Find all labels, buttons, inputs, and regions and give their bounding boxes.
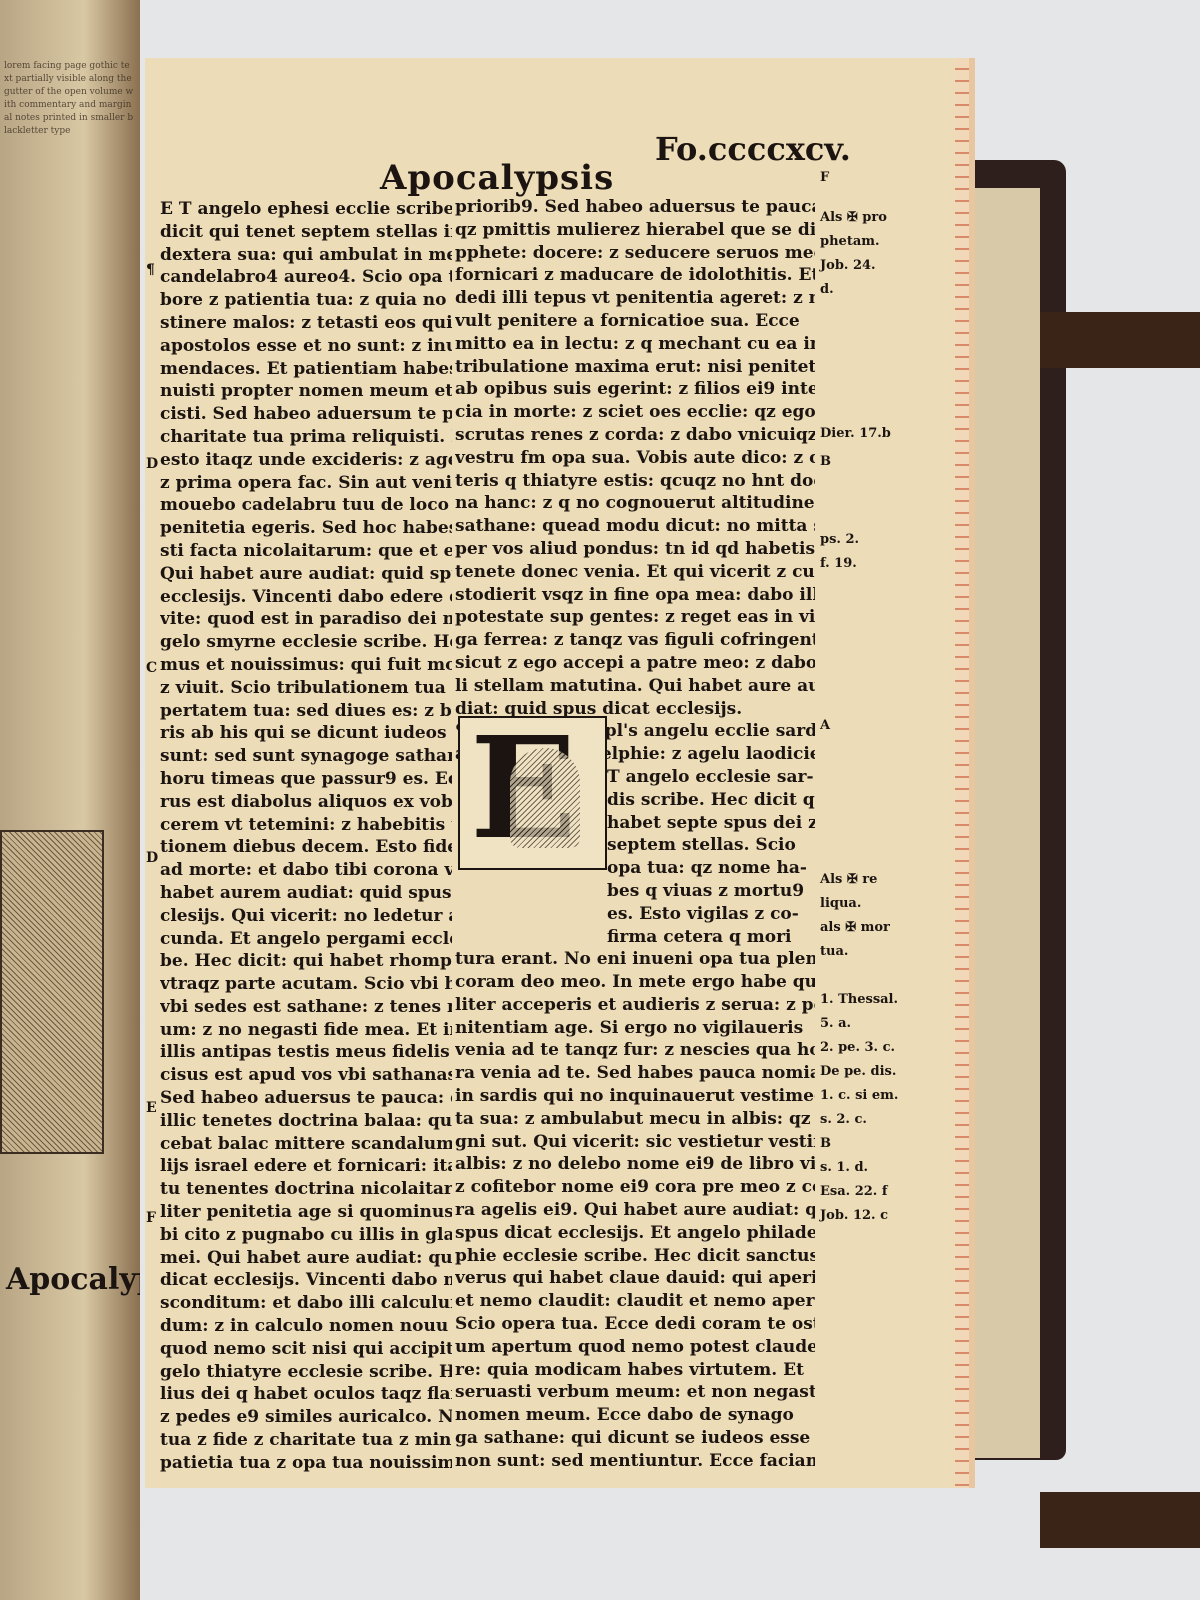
text-line: seruasti verbum meum: et non negasti — [455, 1381, 815, 1404]
text-line: Qui habet aure audiat: quid spus dicat — [160, 563, 452, 586]
marginal-note: 5. a. — [820, 1016, 851, 1031]
text-line: z pedes e9 similes auricalco. Noui opa — [160, 1406, 452, 1429]
text-line: Sed habeo aduersus te pauca: qz habes — [160, 1087, 452, 1110]
marginal-note: als ✠ mor — [820, 920, 890, 935]
text-line: patietia tua z opa tua nouissima plura — [160, 1452, 452, 1475]
text-line: habet aurem audiat: quid spus dicat ec — [160, 882, 452, 905]
text-line: rus est diabolus aliquos ex vobis in car — [160, 791, 452, 814]
marginal-note: Esa. 22. f — [820, 1184, 887, 1199]
text-line: verus qui habet claue dauid: qui aperit — [455, 1267, 815, 1290]
text-line: per vos aliud pondus: tn id qd habetis — [455, 538, 815, 561]
text-line: z cofitebor nome ei9 cora pre meo z co- — [455, 1176, 815, 1199]
text-line: tribulatione maxima erut: nisi penitetia — [455, 356, 815, 379]
text-line: teris q thiatyre estis: qcuqz no hnt doc… — [455, 470, 815, 493]
page-fore-edge — [955, 58, 969, 1488]
marginal-note: A — [820, 718, 830, 733]
marginal-note: s. 1. d. — [820, 1160, 868, 1175]
text-line: fornicari z maducare de idolothitis. Et — [455, 264, 815, 287]
text-column-left: E T angelo ephesi ecclie scribe. Hecdici… — [160, 198, 452, 1475]
leather-strap-top — [1040, 312, 1200, 368]
marginal-note: Als ✠ pro — [820, 210, 887, 225]
text-line: apostolos esse et no sunt: z inuenisti e… — [160, 335, 452, 358]
text-line: in sardis qui no inquinauerut vestime- — [455, 1085, 815, 1108]
text-line: gelo thiatyre ecclesie scribe. Hec dicit… — [160, 1361, 452, 1384]
text-line: penitetia egeris. Sed hoc habes: qz odi- — [160, 517, 452, 540]
text-line: gni sut. Qui vicerit: sic vestietur vest… — [455, 1131, 815, 1154]
running-title: Apocalypsis — [380, 158, 614, 198]
text-line: E T angelo ephesi ecclie scribe. Hec — [160, 198, 452, 221]
text-line: dicat ecclesijs. Vincenti dabo mana ab- — [160, 1269, 452, 1292]
section-mark: E — [146, 1100, 157, 1116]
text-line: scrutas renes z corda: z dabo vnicuiqz — [455, 424, 815, 447]
text-line: coram deo meo. In mete ergo habe qua — [455, 971, 815, 994]
marginal-note: tua. — [820, 944, 848, 959]
left-page-woodcut — [0, 830, 104, 1154]
text-line: et nemo claudit: claudit et nemo aperit. — [455, 1290, 815, 1313]
text-line: firma cetera q mori — [455, 926, 815, 949]
woodcut-initial: E — [458, 716, 607, 870]
marginal-note: Dier. 17.b — [820, 426, 891, 441]
text-line: bi cito z pugnabo cu illis in gladio ori… — [160, 1224, 452, 1247]
marginal-note: F — [820, 170, 829, 185]
text-line: charitate tua prima reliquisti. Memor — [160, 426, 452, 449]
text-line: mitto ea in lectu: z q mechant cu ea in — [455, 333, 815, 356]
marginal-note: 2. pe. 3. c. — [820, 1040, 895, 1055]
text-line: bore z patientia tua: z quia no potes su — [160, 289, 452, 312]
text-line: potestate sup gentes: z reget eas in vir… — [455, 606, 815, 629]
woodcut-figures — [510, 748, 580, 848]
marginal-note: B — [820, 454, 831, 469]
text-line: sti facta nicolaitarum: que et ego odi. — [160, 540, 452, 563]
text-line: venia ad te tanqz fur: z nescies qua ho — [455, 1039, 815, 1062]
text-line: mus et nouissimus: qui fuit mortuus — [160, 654, 452, 677]
text-line: dum: z in calculo nomen nouu scriptu: — [160, 1315, 452, 1338]
text-line: mei. Qui habet aure audiat: quid spus — [160, 1247, 452, 1270]
text-line: vult penitere a fornicatioe sua. Ecce — [455, 310, 815, 333]
text-line: illis antipas testis meus fidelis q oc — [160, 1041, 452, 1064]
text-line: es. Esto vigilas z co- — [455, 903, 815, 926]
text-line: horu timeas que passur9 es. Ecce missu — [160, 768, 452, 791]
section-mark: F — [146, 1210, 156, 1226]
text-line: um apertum quod nemo potest claude — [455, 1336, 815, 1359]
text-line: cebat balac mittere scandalum coram fi — [160, 1133, 452, 1156]
text-line: dedi illi tepus vt penitentia ageret: z … — [455, 287, 815, 310]
text-line: ta sua: z ambulabut mecu in albis: qz di — [455, 1108, 815, 1131]
text-line: ab opibus suis egerint: z filios ei9 int… — [455, 378, 815, 401]
leather-strap-bottom — [1040, 1492, 1200, 1548]
text-line: li stellam matutina. Qui habet aure au — [455, 675, 815, 698]
marginal-note: f. 19. — [820, 556, 857, 571]
text-line: stodierit vsqz in fine opa mea: dabo ill… — [455, 584, 815, 607]
text-line: phie ecclesie scribe. Hec dicit sanctus … — [455, 1245, 815, 1268]
text-line: qz pmittis mulierez hierabel que se dici… — [455, 219, 815, 242]
text-line: ecclesijs. Vincenti dabo edere de ligno — [160, 586, 452, 609]
text-line: tura erant. No eni inueni opa tua plena — [455, 948, 815, 971]
text-line: z prima opera fac. Sin aut venio tibi et — [160, 472, 452, 495]
left-page-text: lorem facing page gothic text partially … — [4, 60, 134, 138]
text-line: liter penitetia age si quominus: venia t… — [160, 1201, 452, 1224]
text-line: dextera sua: qui ambulat in medio septe — [160, 244, 452, 267]
text-line: nuisti propter nomen meum et no defe- — [160, 380, 452, 403]
text-line: ga sathane: qui dicunt se iudeos esse et — [455, 1427, 815, 1450]
text-line: spus dicat ecclesijs. Et angelo philadel — [455, 1222, 815, 1245]
text-line: bes q viuas z mortu9 — [455, 880, 815, 903]
text-line: nitentiam age. Si ergo no vigilaueris — [455, 1017, 815, 1040]
text-line: be. Hec dicit: qui habet rhompheam ex — [160, 950, 452, 973]
text-line: Scio opera tua. Ecce dedi coram te osti — [455, 1313, 815, 1336]
text-line: non sunt: sed mentiuntur. Ecce faciam — [455, 1450, 815, 1473]
section-mark: D — [146, 850, 158, 866]
text-line: vite: quod est in paradiso dei mei. Et a… — [160, 608, 452, 631]
marginal-note: d. — [820, 282, 834, 297]
text-line: ra venia ad te. Sed habes pauca nomia — [455, 1062, 815, 1085]
section-mark: ¶ — [146, 262, 155, 278]
text-line: ad morte: et dabo tibi corona vite. Qui — [160, 859, 452, 882]
text-line: vtraqz parte acutam. Scio vbi habitas: — [160, 973, 452, 996]
left-page-heading: Apocalypsi — [6, 1262, 140, 1297]
text-line: cisus est apud vos vbi sathanas habitat. — [160, 1064, 452, 1087]
text-line: nomen meum. Ecce dabo de synago — [455, 1404, 815, 1427]
book-text-block-edge — [970, 188, 1040, 1458]
text-line: clesijs. Qui vicerit: no ledetur a morte… — [160, 905, 452, 928]
text-line: re: quia modicam habes virtutem. Et — [455, 1359, 815, 1382]
text-line: mendaces. Et patientiam habes: z susti — [160, 358, 452, 381]
text-line: cerem vt tetemini: z habebitis tribula- — [160, 814, 452, 837]
marginal-note: Job. 12. c — [820, 1208, 888, 1223]
folio-number: Fo.ccccxcv. — [655, 130, 851, 168]
text-line: sathane: quead modu dicut: no mitta su — [455, 515, 815, 538]
text-line: albis: z no delebo nome ei9 de libro vit… — [455, 1153, 815, 1176]
text-line: tionem diebus decem. Esto fidelis vsqz — [160, 836, 452, 859]
text-line: pertatem tua: sed diues es: z blasphema — [160, 700, 452, 723]
text-line: tu tenentes doctrina nicolaitaru. Simi — [160, 1178, 452, 1201]
text-line: ga ferrea: z tanqz vas figuli cofringent… — [455, 629, 815, 652]
text-line: candelabro4 aureo4. Scio opa tua z la- — [160, 266, 452, 289]
text-line: z viuit. Scio tribulationem tua z pau — [160, 677, 452, 700]
text-line: cunda. Et angelo pergami ecclesie scri — [160, 928, 452, 951]
text-line: dicit qui tenet septem stellas in — [160, 221, 452, 244]
text-line: liter acceperis et audieris z serua: z p… — [455, 994, 815, 1017]
text-line: mouebo cadelabru tuu de loco suo nisi — [160, 494, 452, 517]
text-line: sunt: sed sunt synagoge sathane. Nihil — [160, 745, 452, 768]
section-mark: D — [146, 456, 158, 472]
text-line: um: z no negasti fide mea. Et in diebus — [160, 1019, 452, 1042]
marginal-note: s. 2. c. — [820, 1112, 867, 1127]
section-mark: C — [146, 660, 157, 676]
text-line: pphete: docere: z seducere seruos meos — [455, 242, 815, 265]
marginal-note: phetam. — [820, 234, 880, 249]
text-line: quod nemo scit nisi qui accipit. Et an- — [160, 1338, 452, 1361]
text-line: stinere malos: z tetasti eos qui se dicu… — [160, 312, 452, 335]
facing-left-page: lorem facing page gothic text partially … — [0, 0, 140, 1600]
marginal-note: 1. Thessal. — [820, 992, 898, 1007]
text-line: priorib9. Sed habeo aduersus te pauca — [455, 196, 815, 219]
text-line: vbi sedes est sathane: z tenes nomen me — [160, 996, 452, 1019]
marginal-note: liqua. — [820, 896, 861, 911]
text-line: esto itaqz unde excideris: z age penitet… — [160, 449, 452, 472]
text-line: ris ab his qui se dicunt iudeos esse: z … — [160, 722, 452, 745]
text-line: cisti. Sed habeo aduersum te pauca: Memo… — [160, 403, 452, 426]
marginal-note: De pe. dis. — [820, 1064, 896, 1079]
text-line: sconditum: et dabo illi calculum candi — [160, 1292, 452, 1315]
text-line: illic tenetes doctrina balaa: qui do- — [160, 1110, 452, 1133]
text-line: tua z fide z charitate tua z ministeriu … — [160, 1429, 452, 1452]
text-line: na hanc: z q no cognouerut altitudine — [455, 492, 815, 515]
marginal-note: ps. 2. — [820, 532, 859, 547]
text-line: tenete donec venia. Et qui vicerit z cu- — [455, 561, 815, 584]
text-line: sicut z ego accepi a patre meo: z dabo i… — [455, 652, 815, 675]
marginal-note: B — [820, 1136, 831, 1151]
text-line: cia in morte: z sciet oes ecclie: qz ego… — [455, 401, 815, 424]
text-line: lius dei q habet oculos taqz flama ignis — [160, 1383, 452, 1406]
text-line: ra agelis ei9. Qui habet aure audiat: qd — [455, 1199, 815, 1222]
text-line: vestru fm opa sua. Vobis aute dico: z ce — [455, 447, 815, 470]
marginal-note: Job. 24. — [820, 258, 876, 273]
text-line: gelo smyrne ecclesie scribe. Hec dicit p… — [160, 631, 452, 654]
marginal-note: 1. c. si em. — [820, 1088, 898, 1103]
text-line: lijs israel edere et fornicari: ita habe… — [160, 1155, 452, 1178]
marginal-note: Als ✠ re — [820, 872, 877, 887]
